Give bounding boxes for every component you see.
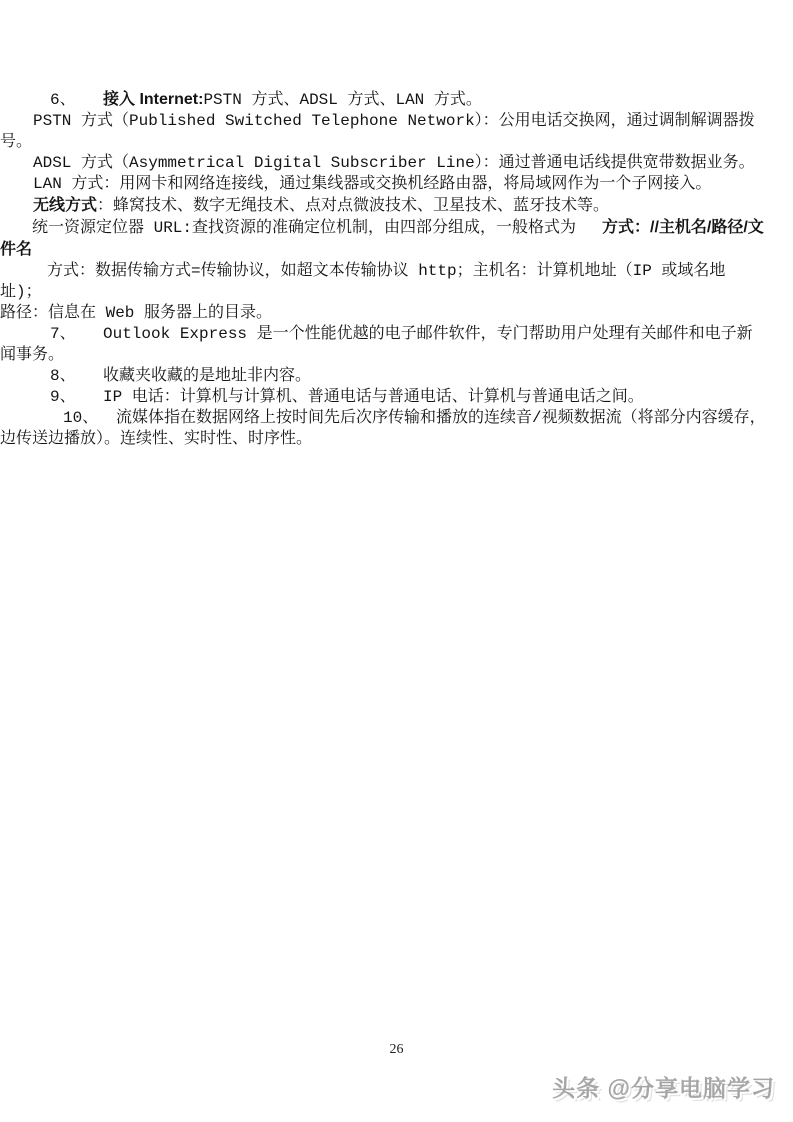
- paragraph-lujing: 路径：信息在 Web 服务器上的目录。: [0, 303, 793, 324]
- paragraph-wireless: 无线方式：蜂窝技术、数字无绳技术、点对点微波技术、卫星技术、蓝牙技术等。: [0, 195, 793, 217]
- paragraph-url: 统一资源定位器 URL:查找资源的准确定位机制，由四部分组成，一般格式为方式：/…: [0, 217, 793, 261]
- item-number: 6、: [50, 90, 103, 111]
- item-7-text: Outlook Express 是一个性能优越的电子邮件软件，专门帮助用户处理有…: [0, 325, 753, 364]
- list-item-7: 7、Outlook Express 是一个性能优越的电子邮件软件，专门帮助用户处…: [0, 324, 793, 366]
- list-item-8: 8、收藏夹收藏的是地址非内容。: [0, 366, 793, 387]
- wireless-bold-lead: 无线方式: [33, 197, 97, 214]
- item-6-bold-lead: 接入 Internet:: [103, 91, 203, 108]
- list-item-10: 10、流媒体指在数据网络上按时间先后次序传输和播放的连续音/视频数据流（将部分内…: [0, 408, 793, 450]
- paragraph-adsl: ADSL 方式（Asymmetrical Digital Subscriber …: [0, 153, 793, 174]
- wireless-text: ：蜂窝技术、数字无绳技术、点对点微波技术、卫星技术、蓝牙技术等。: [97, 197, 609, 215]
- list-item-9: 9、IP 电话：计算机与计算机、普通电话与普通电话、计算机与普通电话之间。: [0, 387, 793, 408]
- document-page: 6、接入 Internet:PSTN 方式、ADSL 方式、LAN 方式。 PS…: [0, 0, 793, 1122]
- item-number: 9、: [50, 387, 103, 408]
- list-item-6: 6、接入 Internet:PSTN 方式、ADSL 方式、LAN 方式。: [0, 89, 793, 111]
- item-6-text: PSTN 方式、ADSL 方式、LAN 方式。: [203, 91, 481, 109]
- paragraph-fangshi: 方式：数据传输方式=传输协议，如超文本传输协议 http；主机名：计算机地址（I…: [0, 261, 793, 303]
- watermark-toutiao: 头条 @分享电脑学习: [552, 1078, 775, 1099]
- item-number: 10、: [63, 408, 116, 429]
- item-number: 7、: [50, 324, 103, 345]
- paragraph-pstn: PSTN 方式（Published Switched Telephone Net…: [0, 111, 793, 153]
- document-body: 6、接入 Internet:PSTN 方式、ADSL 方式、LAN 方式。 PS…: [0, 0, 793, 450]
- item-number: 8、: [50, 366, 103, 387]
- page-number: 26: [0, 1039, 793, 1060]
- item-8-text: 收藏夹收藏的是地址非内容。: [103, 367, 311, 385]
- paragraph-lan: LAN 方式：用网卡和网络连接线，通过集线器或交换机经路由器，将局域网作为一个子…: [0, 174, 793, 195]
- url-text: 统一资源定位器 URL:查找资源的准确定位机制，由四部分组成，一般格式为: [32, 219, 576, 237]
- item-9-text: IP 电话：计算机与计算机、普通电话与普通电话、计算机与普通电话之间。: [103, 388, 644, 406]
